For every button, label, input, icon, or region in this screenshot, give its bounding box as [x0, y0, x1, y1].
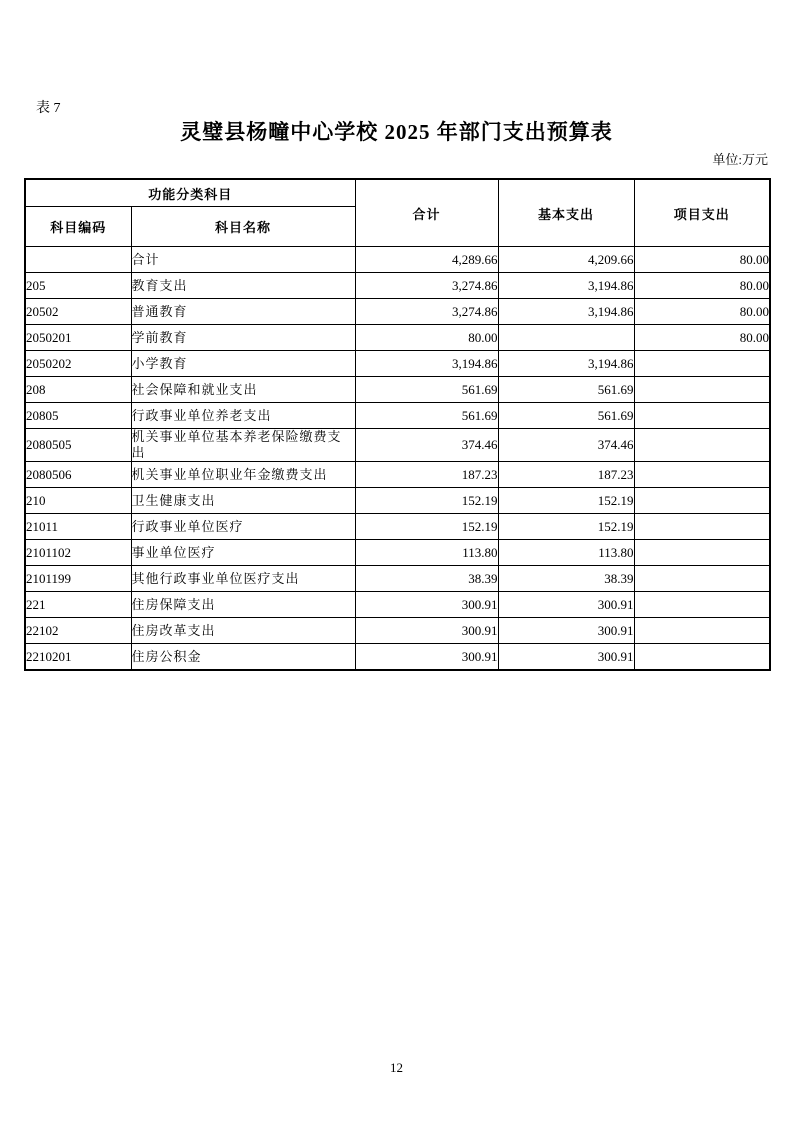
subject-code-cell: 2101102 [25, 540, 131, 566]
total-cell: 4,289.66 [355, 247, 498, 273]
project-cell: 80.00 [634, 247, 770, 273]
document-page: 表 7 灵璧县杨疃中心学校 2025 年部门支出预算表 单位:万元 功能分类科目… [0, 0, 793, 1122]
subject-code-cell: 210 [25, 488, 131, 514]
subject-name-cell: 住房公积金 [131, 644, 355, 671]
table-row: 22102 住房改革支出 300.91 300.91 [25, 618, 770, 644]
total-cell: 152.19 [355, 488, 498, 514]
project-cell [634, 566, 770, 592]
project-cell [634, 488, 770, 514]
table-row: 2101199 其他行政事业单位医疗支出 38.39 38.39 [25, 566, 770, 592]
table-row: 21011 行政事业单位医疗 152.19 152.19 [25, 514, 770, 540]
total-cell: 3,274.86 [355, 273, 498, 299]
table-row: 2080505 机关事业单位基本养老保险缴费支出 374.46 374.46 [25, 429, 770, 462]
subject-name-cell: 教育支出 [131, 273, 355, 299]
total-cell: 113.80 [355, 540, 498, 566]
subject-code-cell: 2101199 [25, 566, 131, 592]
table-row: 20805 行政事业单位养老支出 561.69 561.69 [25, 403, 770, 429]
basic-cell: 152.19 [498, 488, 634, 514]
subject-name-cell: 普通教育 [131, 299, 355, 325]
table-row: 20502 普通教育 3,274.86 3,194.86 80.00 [25, 299, 770, 325]
table-row: 205 教育支出 3,274.86 3,194.86 80.00 [25, 273, 770, 299]
basic-cell: 561.69 [498, 403, 634, 429]
subject-name-cell: 行政事业单位养老支出 [131, 403, 355, 429]
subject-code-cell: 2210201 [25, 644, 131, 671]
subject-name-cell: 行政事业单位医疗 [131, 514, 355, 540]
project-cell: 80.00 [634, 299, 770, 325]
total-cell: 152.19 [355, 514, 498, 540]
total-cell: 3,194.86 [355, 351, 498, 377]
basic-cell: 152.19 [498, 514, 634, 540]
table-row: 合计 4,289.66 4,209.66 80.00 [25, 247, 770, 273]
basic-cell: 4,209.66 [498, 247, 634, 273]
subject-code-cell: 205 [25, 273, 131, 299]
total-cell: 300.91 [355, 618, 498, 644]
subject-name-cell: 机关事业单位职业年金缴费支出 [131, 462, 355, 488]
basic-cell: 113.80 [498, 540, 634, 566]
project-cell [634, 429, 770, 462]
project-cell [634, 618, 770, 644]
subject-code-cell: 2080506 [25, 462, 131, 488]
subject-code-cell: 208 [25, 377, 131, 403]
header-subject-code: 科目编码 [25, 207, 131, 247]
subject-name-cell: 事业单位医疗 [131, 540, 355, 566]
total-cell: 38.39 [355, 566, 498, 592]
project-cell [634, 514, 770, 540]
table-row: 2050202 小学教育 3,194.86 3,194.86 [25, 351, 770, 377]
table-row: 210 卫生健康支出 152.19 152.19 [25, 488, 770, 514]
subject-name-cell: 学前教育 [131, 325, 355, 351]
project-cell [634, 540, 770, 566]
subject-code-cell: 21011 [25, 514, 131, 540]
subject-code-cell: 20805 [25, 403, 131, 429]
basic-cell: 561.69 [498, 377, 634, 403]
project-cell [634, 377, 770, 403]
page-number: 12 [0, 1060, 793, 1076]
basic-cell: 374.46 [498, 429, 634, 462]
budget-table: 功能分类科目 合计 基本支出 项目支出 科目编码 科目名称 合计 4,289.6… [24, 178, 771, 671]
budget-table-header: 功能分类科目 合计 基本支出 项目支出 科目编码 科目名称 [25, 179, 770, 247]
total-cell: 80.00 [355, 325, 498, 351]
basic-cell: 187.23 [498, 462, 634, 488]
subject-code-cell: 2080505 [25, 429, 131, 462]
basic-cell: 3,194.86 [498, 351, 634, 377]
project-cell: 80.00 [634, 325, 770, 351]
project-cell [634, 462, 770, 488]
table-row: 2050201 学前教育 80.00 80.00 [25, 325, 770, 351]
basic-cell: 300.91 [498, 618, 634, 644]
subject-code-cell [25, 247, 131, 273]
project-cell [634, 351, 770, 377]
total-cell: 300.91 [355, 644, 498, 671]
basic-cell [498, 325, 634, 351]
header-project-expenditure: 项目支出 [634, 179, 770, 247]
header-basic-expenditure: 基本支出 [498, 179, 634, 247]
total-cell: 187.23 [355, 462, 498, 488]
subject-name-cell: 其他行政事业单位医疗支出 [131, 566, 355, 592]
total-cell: 3,274.86 [355, 299, 498, 325]
project-cell [634, 644, 770, 671]
table-row: 208 社会保障和就业支出 561.69 561.69 [25, 377, 770, 403]
table-row: 2101102 事业单位医疗 113.80 113.80 [25, 540, 770, 566]
table-body: 合计 4,289.66 4,209.66 80.00 205 教育支出 3,27… [25, 247, 770, 671]
table-row: 2210201 住房公积金 300.91 300.91 [25, 644, 770, 671]
basic-cell: 3,194.86 [498, 273, 634, 299]
header-function-classification: 功能分类科目 [25, 179, 355, 207]
subject-name-cell: 小学教育 [131, 351, 355, 377]
page-title: 灵璧县杨疃中心学校 2025 年部门支出预算表 [0, 116, 793, 146]
table-row: 221 住房保障支出 300.91 300.91 [25, 592, 770, 618]
project-cell [634, 592, 770, 618]
subject-name-cell: 住房改革支出 [131, 618, 355, 644]
total-cell: 561.69 [355, 403, 498, 429]
total-cell: 300.91 [355, 592, 498, 618]
subject-code-cell: 221 [25, 592, 131, 618]
subject-name-cell: 合计 [131, 247, 355, 273]
header-total: 合计 [355, 179, 498, 247]
basic-cell: 300.91 [498, 644, 634, 671]
subject-name-cell: 机关事业单位基本养老保险缴费支出 [131, 429, 355, 462]
basic-cell: 300.91 [498, 592, 634, 618]
unit-note: 单位:万元 [712, 149, 768, 168]
subject-code-cell: 22102 [25, 618, 131, 644]
header-subject-name: 科目名称 [131, 207, 355, 247]
subject-code-cell: 2050202 [25, 351, 131, 377]
total-cell: 374.46 [355, 429, 498, 462]
basic-cell: 38.39 [498, 566, 634, 592]
subject-code-cell: 20502 [25, 299, 131, 325]
table-label: 表 7 [36, 97, 61, 117]
subject-code-cell: 2050201 [25, 325, 131, 351]
table-row: 2080506 机关事业单位职业年金缴费支出 187.23 187.23 [25, 462, 770, 488]
subject-name-cell: 卫生健康支出 [131, 488, 355, 514]
subject-name-cell: 社会保障和就业支出 [131, 377, 355, 403]
basic-cell: 3,194.86 [498, 299, 634, 325]
project-cell: 80.00 [634, 273, 770, 299]
project-cell [634, 403, 770, 429]
total-cell: 561.69 [355, 377, 498, 403]
subject-name-cell: 住房保障支出 [131, 592, 355, 618]
